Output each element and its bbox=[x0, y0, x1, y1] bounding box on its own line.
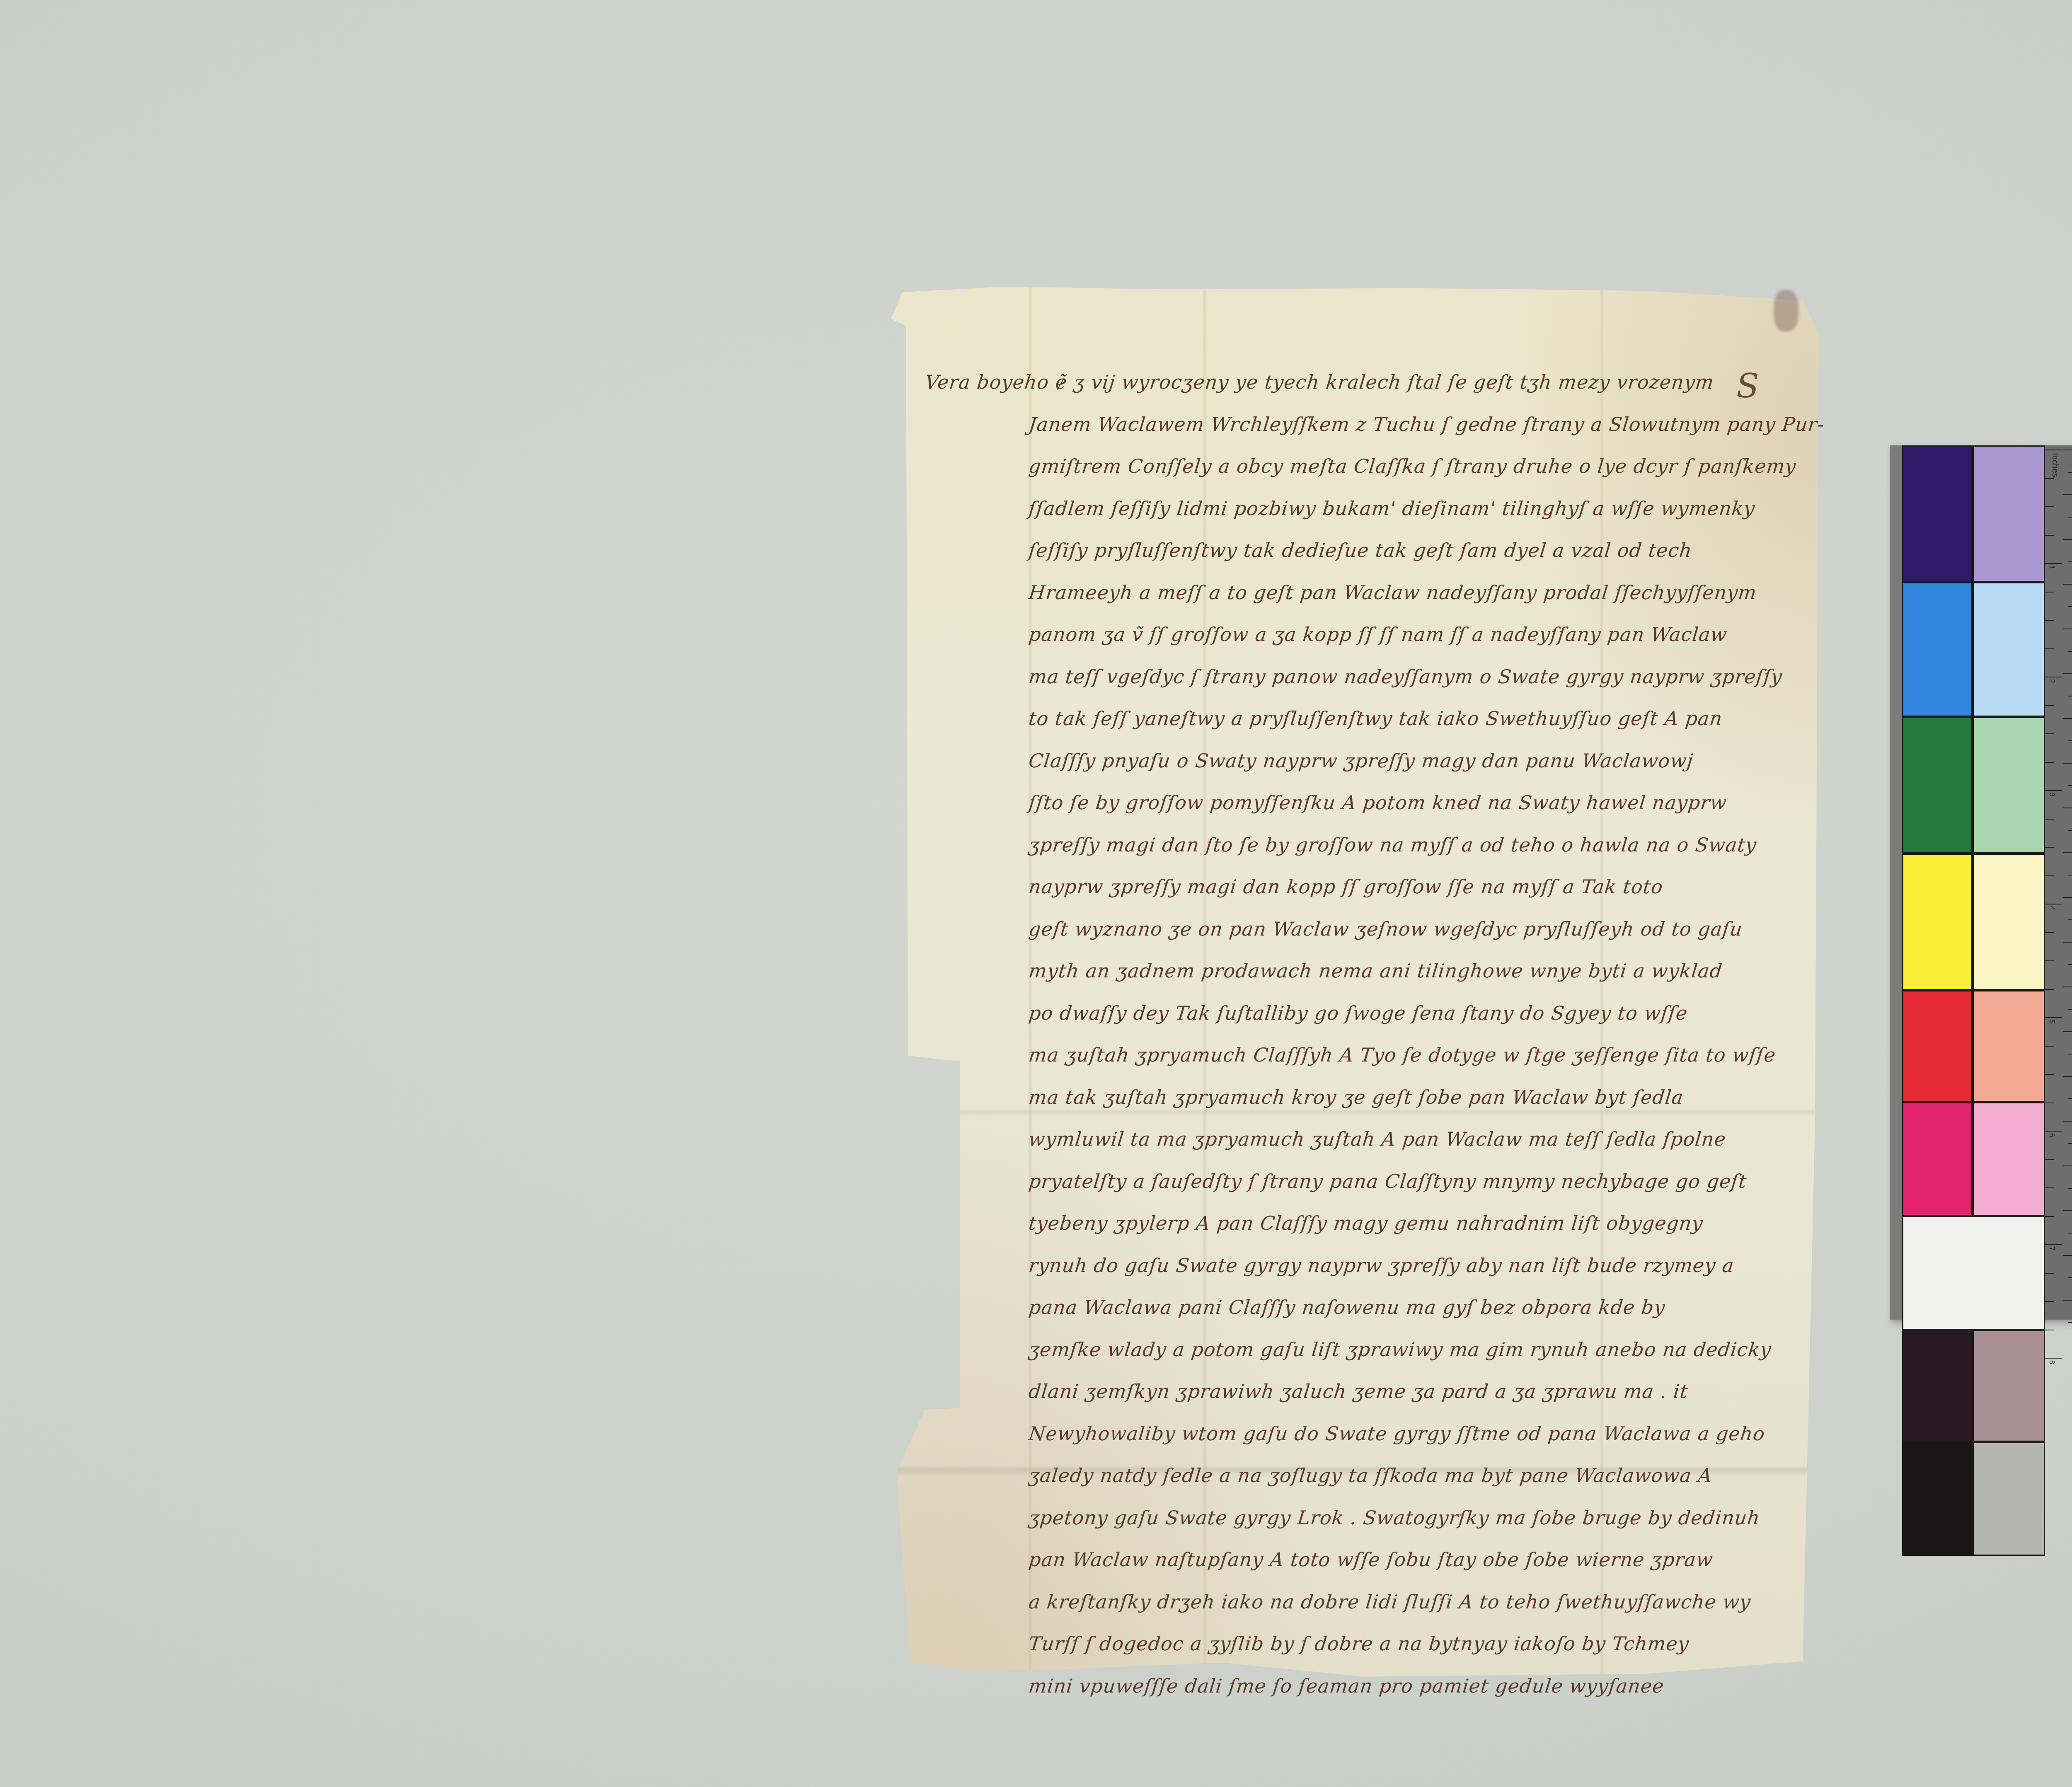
black-dark-patch bbox=[1902, 1442, 1973, 1556]
manuscript-line: rynuh do gaſu Swate gyrgy nayprw ʒpreſſy… bbox=[1026, 1254, 1797, 1296]
corner-stain bbox=[1774, 290, 1798, 331]
3-color-dark-patch bbox=[1902, 1330, 1973, 1442]
manuscript-line: nayprw ʒpreſſy magi dan kopp ſſ groſſow … bbox=[1026, 875, 1797, 918]
manuscript-line: pan Waclaw naſtupſany A toto wſſe ſobu ſ… bbox=[1026, 1548, 1797, 1591]
manuscript-line: Hrameeyh a meſſ a to geſt pan Waclaw nad… bbox=[1026, 581, 1797, 624]
inch-tick-label: 5 bbox=[2048, 1020, 2056, 1023]
manuscript-line: myth an ʒadnem prodawach nema ani tiling… bbox=[1026, 960, 1797, 1002]
red-light-patch bbox=[1973, 990, 2045, 1102]
yellow-dark-patch bbox=[1902, 854, 1973, 990]
handwritten-text: Vera boyeho ɇ̃ ʒ vij wyrocʒeny ye tyech … bbox=[1028, 371, 1794, 1717]
yellow-light-patch bbox=[1973, 854, 2045, 990]
manuscript-line: panom ʒa ṽ ſſ groſſow a ʒa kopp ſſ ſſ na… bbox=[1026, 623, 1797, 665]
manuscript-sheet: S Vera boyeho ɇ̃ ʒ vij wyrocʒeny ye tyec… bbox=[891, 284, 1836, 1682]
manuscript-line: gmiſtrem Conſſely a obcy meſta Claſſka ſ… bbox=[1026, 455, 1797, 497]
blue-light-patch bbox=[1973, 445, 2045, 582]
green-light-patch bbox=[1973, 717, 2045, 854]
inch-tick-label: 1 bbox=[2048, 566, 2056, 569]
manuscript-line: Vera boyeho ɇ̃ ʒ vij wyrocʒeny ye tyech … bbox=[922, 371, 1797, 413]
manuscript-line: wymluwil ta ma ʒpryamuch ʒuſtah A pan Wa… bbox=[1026, 1128, 1797, 1170]
manuscript-line: ma teſſ vgeſdyc ſ ſtrany panow nadeyſſan… bbox=[1026, 665, 1797, 708]
magenta-light-patch bbox=[1973, 1102, 2045, 1216]
manuscript-line: tyebeny ʒpylerp A pan Claſſſy magy gemu … bbox=[1026, 1212, 1797, 1254]
magenta-dark-patch bbox=[1902, 1102, 1973, 1216]
3-color-light-patch bbox=[1973, 1330, 2045, 1442]
blue-dark-patch bbox=[1902, 445, 1973, 582]
inch-tick-label: 6 bbox=[2048, 1133, 2056, 1137]
manuscript-line: Janem Waclawem Wrchleyſſkem z Tuchu ſ ge… bbox=[1026, 413, 1797, 455]
manuscript-line: a kreſtanſky drʒeh iako na dobre lidi ſl… bbox=[1026, 1591, 1797, 1633]
black-light-patch bbox=[1973, 1442, 2045, 1556]
manuscript-line: ſeſſiſy pryſluſſenſtwy tak dedieſue tak … bbox=[1026, 539, 1797, 581]
manuscript-line: ʒaledy natdy ſedle a na ʒoſlugy ta ſſkod… bbox=[1026, 1464, 1797, 1506]
inch-tick-label: 7 bbox=[2048, 1247, 2056, 1250]
ruler-bar: Inches Centimetres KODAK Color Control P… bbox=[2045, 445, 2072, 1320]
light-patch-column bbox=[1973, 445, 2045, 1320]
manuscript-line: Turſſ ſ dogedoc a ʒyſlib by ſ dobre a na… bbox=[1026, 1632, 1797, 1675]
dark-patch-column bbox=[1902, 445, 1973, 1320]
manuscript-line: ma ʒuſtah ʒpryamuch Claſſſyh A Tyo ſe do… bbox=[1026, 1044, 1797, 1086]
cyan-light-patch bbox=[1973, 582, 2045, 717]
manuscript-line: Claſſſy pnyaſu o Swaty nayprw ʒpreſſy ma… bbox=[1026, 750, 1797, 792]
manuscript-line: ʒpreſſy magi dan ſto ſe by groſſow na my… bbox=[1026, 834, 1797, 876]
manuscript-line: ʒpetony gaſu Swate gyrgy Lrok . Swatogyr… bbox=[1026, 1506, 1797, 1549]
manuscript-line: mini vpuweſſſe dali ſme ſo ſeaman pro pa… bbox=[1026, 1675, 1797, 1717]
manuscript-line: dlani ʒemſkyn ʒprawiwh ʒaluch ʒeme ʒa pa… bbox=[1026, 1380, 1797, 1422]
white-patch bbox=[1902, 1216, 2045, 1330]
red-dark-patch bbox=[1902, 990, 1973, 1102]
inch-tick-label: 2 bbox=[2048, 679, 2056, 683]
manuscript-line: pryatelſty a ſauſedſty ſ ſtrany pana Cla… bbox=[1026, 1170, 1797, 1212]
kodak-color-control-strip: Inches Centimetres KODAK Color Control P… bbox=[1890, 445, 2072, 1320]
manuscript-line: to tak ſeſſ yaneſtwy a pryſluſſenſtwy ta… bbox=[1026, 707, 1797, 750]
manuscript-line: po dwaſſy dey Tak ſuſtalliby go ſwoge ſe… bbox=[1026, 1002, 1797, 1044]
manuscript-line: geſt wyznano ʒe on pan Waclaw ʒeſnow wge… bbox=[1026, 918, 1797, 960]
cyan-dark-patch bbox=[1902, 582, 1973, 717]
inch-tick-label: 8 bbox=[2048, 1360, 2056, 1364]
inch-tick-label: 4 bbox=[2048, 906, 2056, 910]
inch-tick-label: 3 bbox=[2048, 793, 2056, 796]
green-dark-patch bbox=[1902, 717, 1973, 854]
manuscript-line: ſſto ſe by groſſow pomyſſenſku A potom k… bbox=[1026, 791, 1797, 834]
manuscript-line: Newyhowaliby wtom gaſu do Swate gyrgy ſſ… bbox=[1026, 1422, 1797, 1465]
manuscript-line: ſſadlem ſeſſiſy lidmi pozbiwy bukam' die… bbox=[1026, 497, 1797, 539]
manuscript-line: ma tak ʒuſtah ʒpryamuch kroy ʒe geſt ſob… bbox=[1026, 1086, 1797, 1128]
manuscript-line: pana Waclawa pani Claſſſy naſowenu ma gy… bbox=[1026, 1296, 1797, 1338]
manuscript-line: ʒemſke wlady a potom gaſu liſt ʒprawiwy … bbox=[1026, 1338, 1797, 1381]
ruler-ticks: 1234567891011121314151617181912345678 bbox=[2045, 445, 2072, 1320]
